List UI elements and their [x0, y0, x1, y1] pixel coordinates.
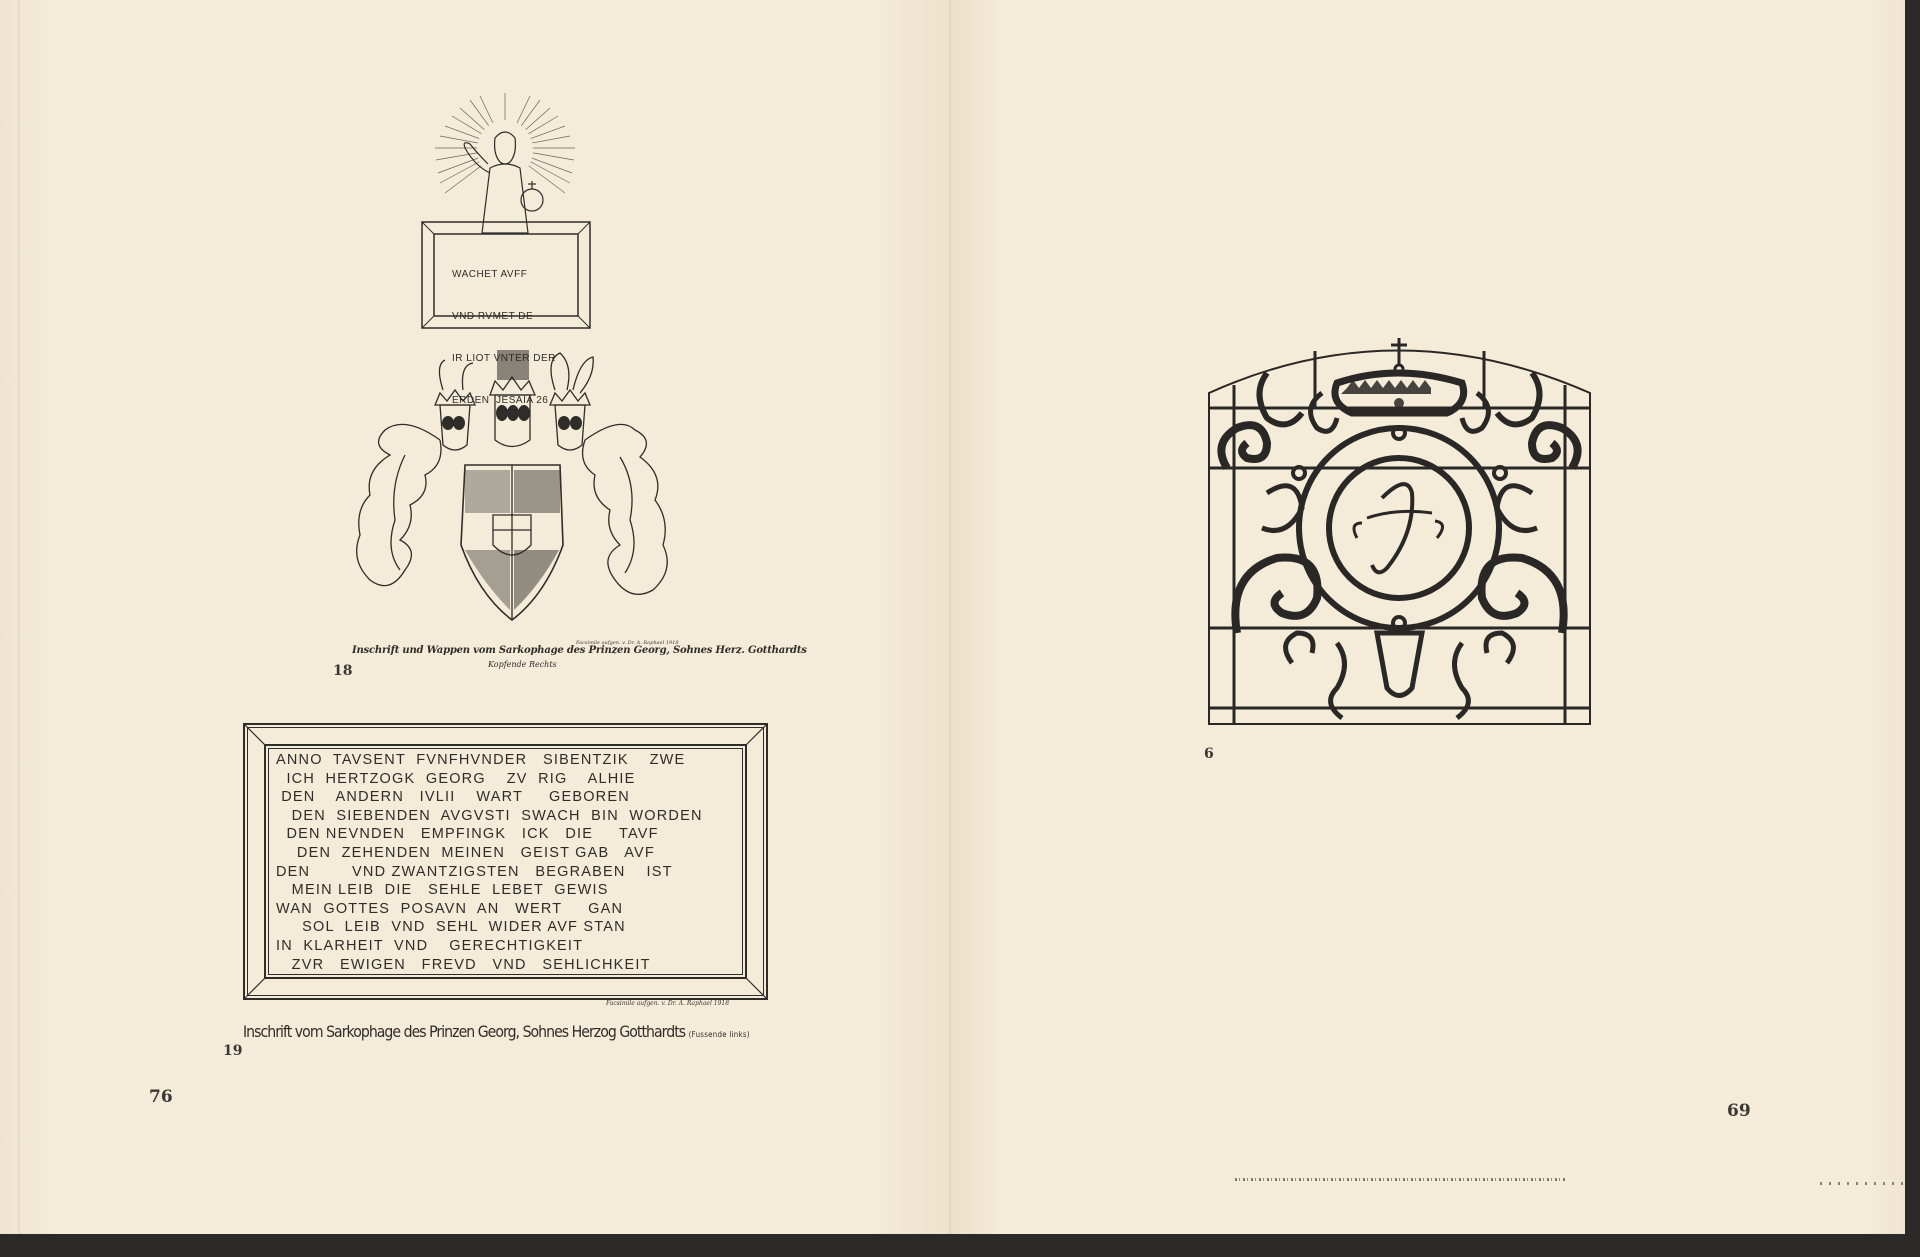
figure-18-caption-sub: Kopfende Rechts	[488, 660, 557, 669]
coat-of-arms-illustration	[345, 345, 680, 645]
book-spine	[949, 0, 951, 1234]
figure-18-caption: Inschrift und Wappen vom Sarkophage des …	[352, 645, 807, 656]
inscription-line: ZVR EWIGEN FREVD VND SEHLICHKEIT	[276, 956, 746, 975]
inscription-line: DEN ZEHENDEN MEINEN GEIST GAB AVF	[276, 844, 746, 863]
inscription-line: MEIN LEIB DIE SEHLE LEBET GEWIS	[276, 881, 746, 900]
print-artifact	[1820, 1182, 1905, 1185]
plaque-line: WACHET AVFF	[452, 268, 556, 282]
inscription-line: SOL LEIB VND SEHL WIDER AVF STAN	[276, 918, 746, 937]
plaque-line: VND RVMET DE	[452, 310, 556, 324]
inscription-line: DEN ANDERN IVLII WART GEBOREN	[276, 788, 746, 807]
inscription-line: DEN NEVNDEN EMPFINGK ICK DIE TAVF	[276, 825, 746, 844]
figure-number-6: 6	[1204, 746, 1214, 762]
inscription-line: DEN SIEBENDEN AVGVSTI SWACH BIN WORDEN	[276, 807, 746, 826]
figure-19-caption: Inschrift vom Sarkophage des Prinzen Geo…	[243, 1022, 750, 1041]
figure-number-19: 19	[223, 1043, 242, 1059]
inscription-line: ICH HERTZOGK GEORG ZV RIG ALHIE	[276, 770, 746, 789]
page-number-right: 69	[1727, 1101, 1751, 1121]
scan-background-bottom	[0, 1234, 1920, 1257]
figure-19-caption-note: (Fussende links)	[689, 1030, 750, 1039]
figure-19-caption-text: Inschrift vom Sarkophage des Prinzen Geo…	[243, 1022, 685, 1041]
page-edge	[18, 0, 20, 1234]
plaque-illustration: WACHET AVFF VND RVMET DE IR LIOT VNTER D…	[420, 88, 592, 330]
print-artifact	[1235, 1178, 1565, 1181]
coat-of-arms-icon	[345, 345, 680, 645]
inscription-line: ANNO TAVSENT FVNFHVNDER SIBENTZIK ZWE	[276, 751, 746, 770]
figure-number-18: 18	[333, 663, 352, 679]
inscription-text: ANNO TAVSENT FVNFHVNDER SIBENTZIK ZWE IC…	[276, 751, 746, 974]
inscription-line: DEN VND ZWANTZIGSTEN BEGRABEN IST	[276, 863, 746, 882]
book-spread: WACHET AVFF VND RVMET DE IR LIOT VNTER D…	[0, 0, 1905, 1234]
inscription-plaque: ANNO TAVSENT FVNFHVNDER SIBENTZIK ZWE IC…	[243, 723, 768, 1000]
inscription-line: IN KLARHEIT VND GERECHTIGKEIT	[276, 937, 746, 956]
inscription-line: WAN GOTTES POSAVN AN WERT GAN	[276, 900, 746, 919]
scan-background-right	[1905, 0, 1920, 1257]
wrought-iron-grille-icon	[1207, 333, 1592, 725]
page-number-left: 76	[149, 1087, 173, 1107]
iron-grille-illustration	[1207, 333, 1592, 725]
inscription-credit: Facsimile aufgen. v. Dr. A. Raphael 1918	[606, 1000, 729, 1007]
